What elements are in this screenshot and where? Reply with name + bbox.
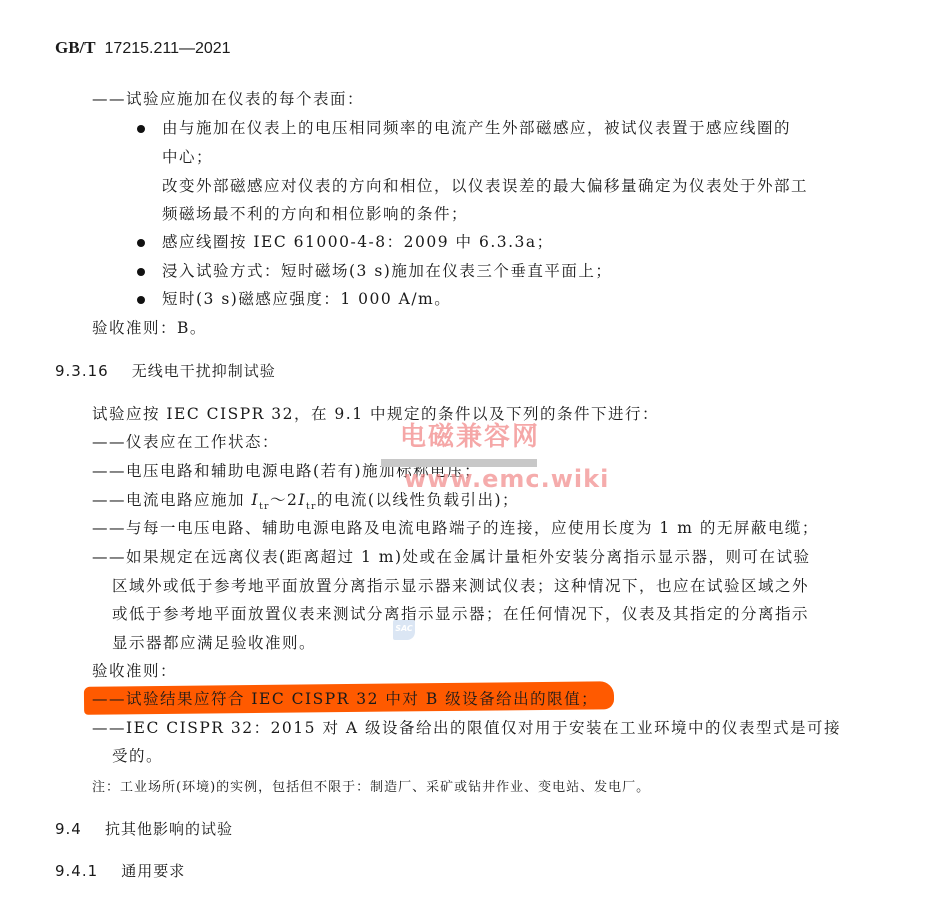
bullet-line: 改变外部磁感应对仪表的方向和相位，以仪表误差的最大偏移量确定为仪表处于外部工	[162, 176, 808, 196]
dash-item-cont: 区域外或低于参考地平面放置分离指示显示器来测试仪表；这种情况下，也应在试验区域之…	[112, 576, 809, 596]
subscript: tr	[306, 502, 317, 512]
dash-item: ——仪表应在工作状态：	[92, 432, 279, 452]
symbol-i: I	[251, 491, 259, 509]
bullet-icon	[137, 268, 145, 276]
watermark-site-name: 电磁兼容网	[400, 416, 540, 453]
note: 注：工业场所(环境)的实例，包括但不限于：制造厂、采矿或钻井作业、变电站、发电厂…	[92, 776, 650, 795]
standard-id: GB/T 17215.211—2021	[55, 38, 231, 58]
section-title: 无线电干扰抑制试验	[132, 362, 276, 380]
dash-item-current: ——电流电路应施加 Itr～2Itr的电流(以线性负载引出)；	[92, 490, 519, 517]
bullet-icon	[137, 239, 145, 247]
section-title: 抗其他影响的试验	[105, 820, 233, 838]
text: ——电流电路应施加	[92, 491, 251, 509]
section-number: 9.4.1	[55, 862, 98, 880]
acceptance-item-highlighted: ——试验结果应符合 IEC CISPR 32 中对 B 级设备给出的限值；	[92, 689, 598, 709]
acceptance-label: 验收准则：	[92, 661, 177, 681]
standard-number: 17215.211—2021	[105, 40, 231, 57]
text: ～2	[270, 491, 298, 509]
bullet-line: 浸入试验方式：短时磁场(3 s)施加在仪表三个垂直平面上；	[162, 261, 612, 281]
acceptance-item: ——IEC CISPR 32：2015 对 A 级设备给出的限值仅对用于安装在工…	[92, 718, 841, 738]
section-title: 通用要求	[121, 862, 185, 880]
sac-logo-icon: SAC	[393, 620, 415, 640]
bullet-line: 中心；	[162, 147, 213, 167]
dash-item-cont: 显示器都应满足验收准则。	[112, 633, 316, 653]
watermark-site-url: www.emc.wiki	[404, 465, 609, 493]
section-number: 9.4	[55, 820, 82, 838]
subscript: tr	[259, 502, 270, 512]
bullet-line: 由与施加在仪表上的电压相同频率的电流产生外部磁感应，被试仪表置于感应线圈的	[162, 118, 791, 138]
bullet-line: 频磁场最不利的方向和相位影响的条件；	[162, 204, 468, 224]
acceptance-criteria-b: 验收准则：B。	[92, 318, 207, 338]
bullet-line: 短时(3 s)磁感应强度：1 000 A/m。	[162, 289, 451, 309]
dash-item: ——如果规定在远离仪表(距离超过 1 m)处或在金属计量柜外安装分离指示显示器，…	[92, 547, 811, 567]
bullet-icon	[137, 125, 145, 133]
bullet-icon	[137, 296, 145, 304]
dash-item: ——与每一电压电路、辅助电源电路及电流电路端子的连接，应使用长度为 1 m 的无…	[92, 518, 819, 538]
section-number: 9.3.16	[55, 362, 109, 380]
acceptance-item-cont: 受的。	[112, 746, 163, 766]
section-heading-9-4: 9.4 抗其他影响的试验	[55, 818, 233, 839]
text: 的电流(以线性负载引出)；	[317, 491, 519, 509]
section-heading-9-3-16: 9.3.16 无线电干扰抑制试验	[55, 360, 276, 381]
section-heading-9-4-1: 9.4.1 通用要求	[55, 860, 185, 881]
dash-item-each-surface: ——试验应施加在仪表的每个表面：	[92, 89, 364, 109]
section-intro: 试验应按 IEC CISPR 32，在 9.1 中规定的条件以及下列的条件下进行…	[92, 404, 659, 424]
standard-prefix: GB/T	[55, 38, 96, 57]
dash-item-cont: 或低于参考地平面放置仪表来测试分离指示显示器；在任何情况下，仪表及其指定的分离指…	[112, 604, 809, 624]
symbol-i: I	[298, 491, 306, 509]
bullet-line: 感应线圈按 IEC 61000-4-8：2009 中 6.3.3a；	[162, 232, 554, 252]
